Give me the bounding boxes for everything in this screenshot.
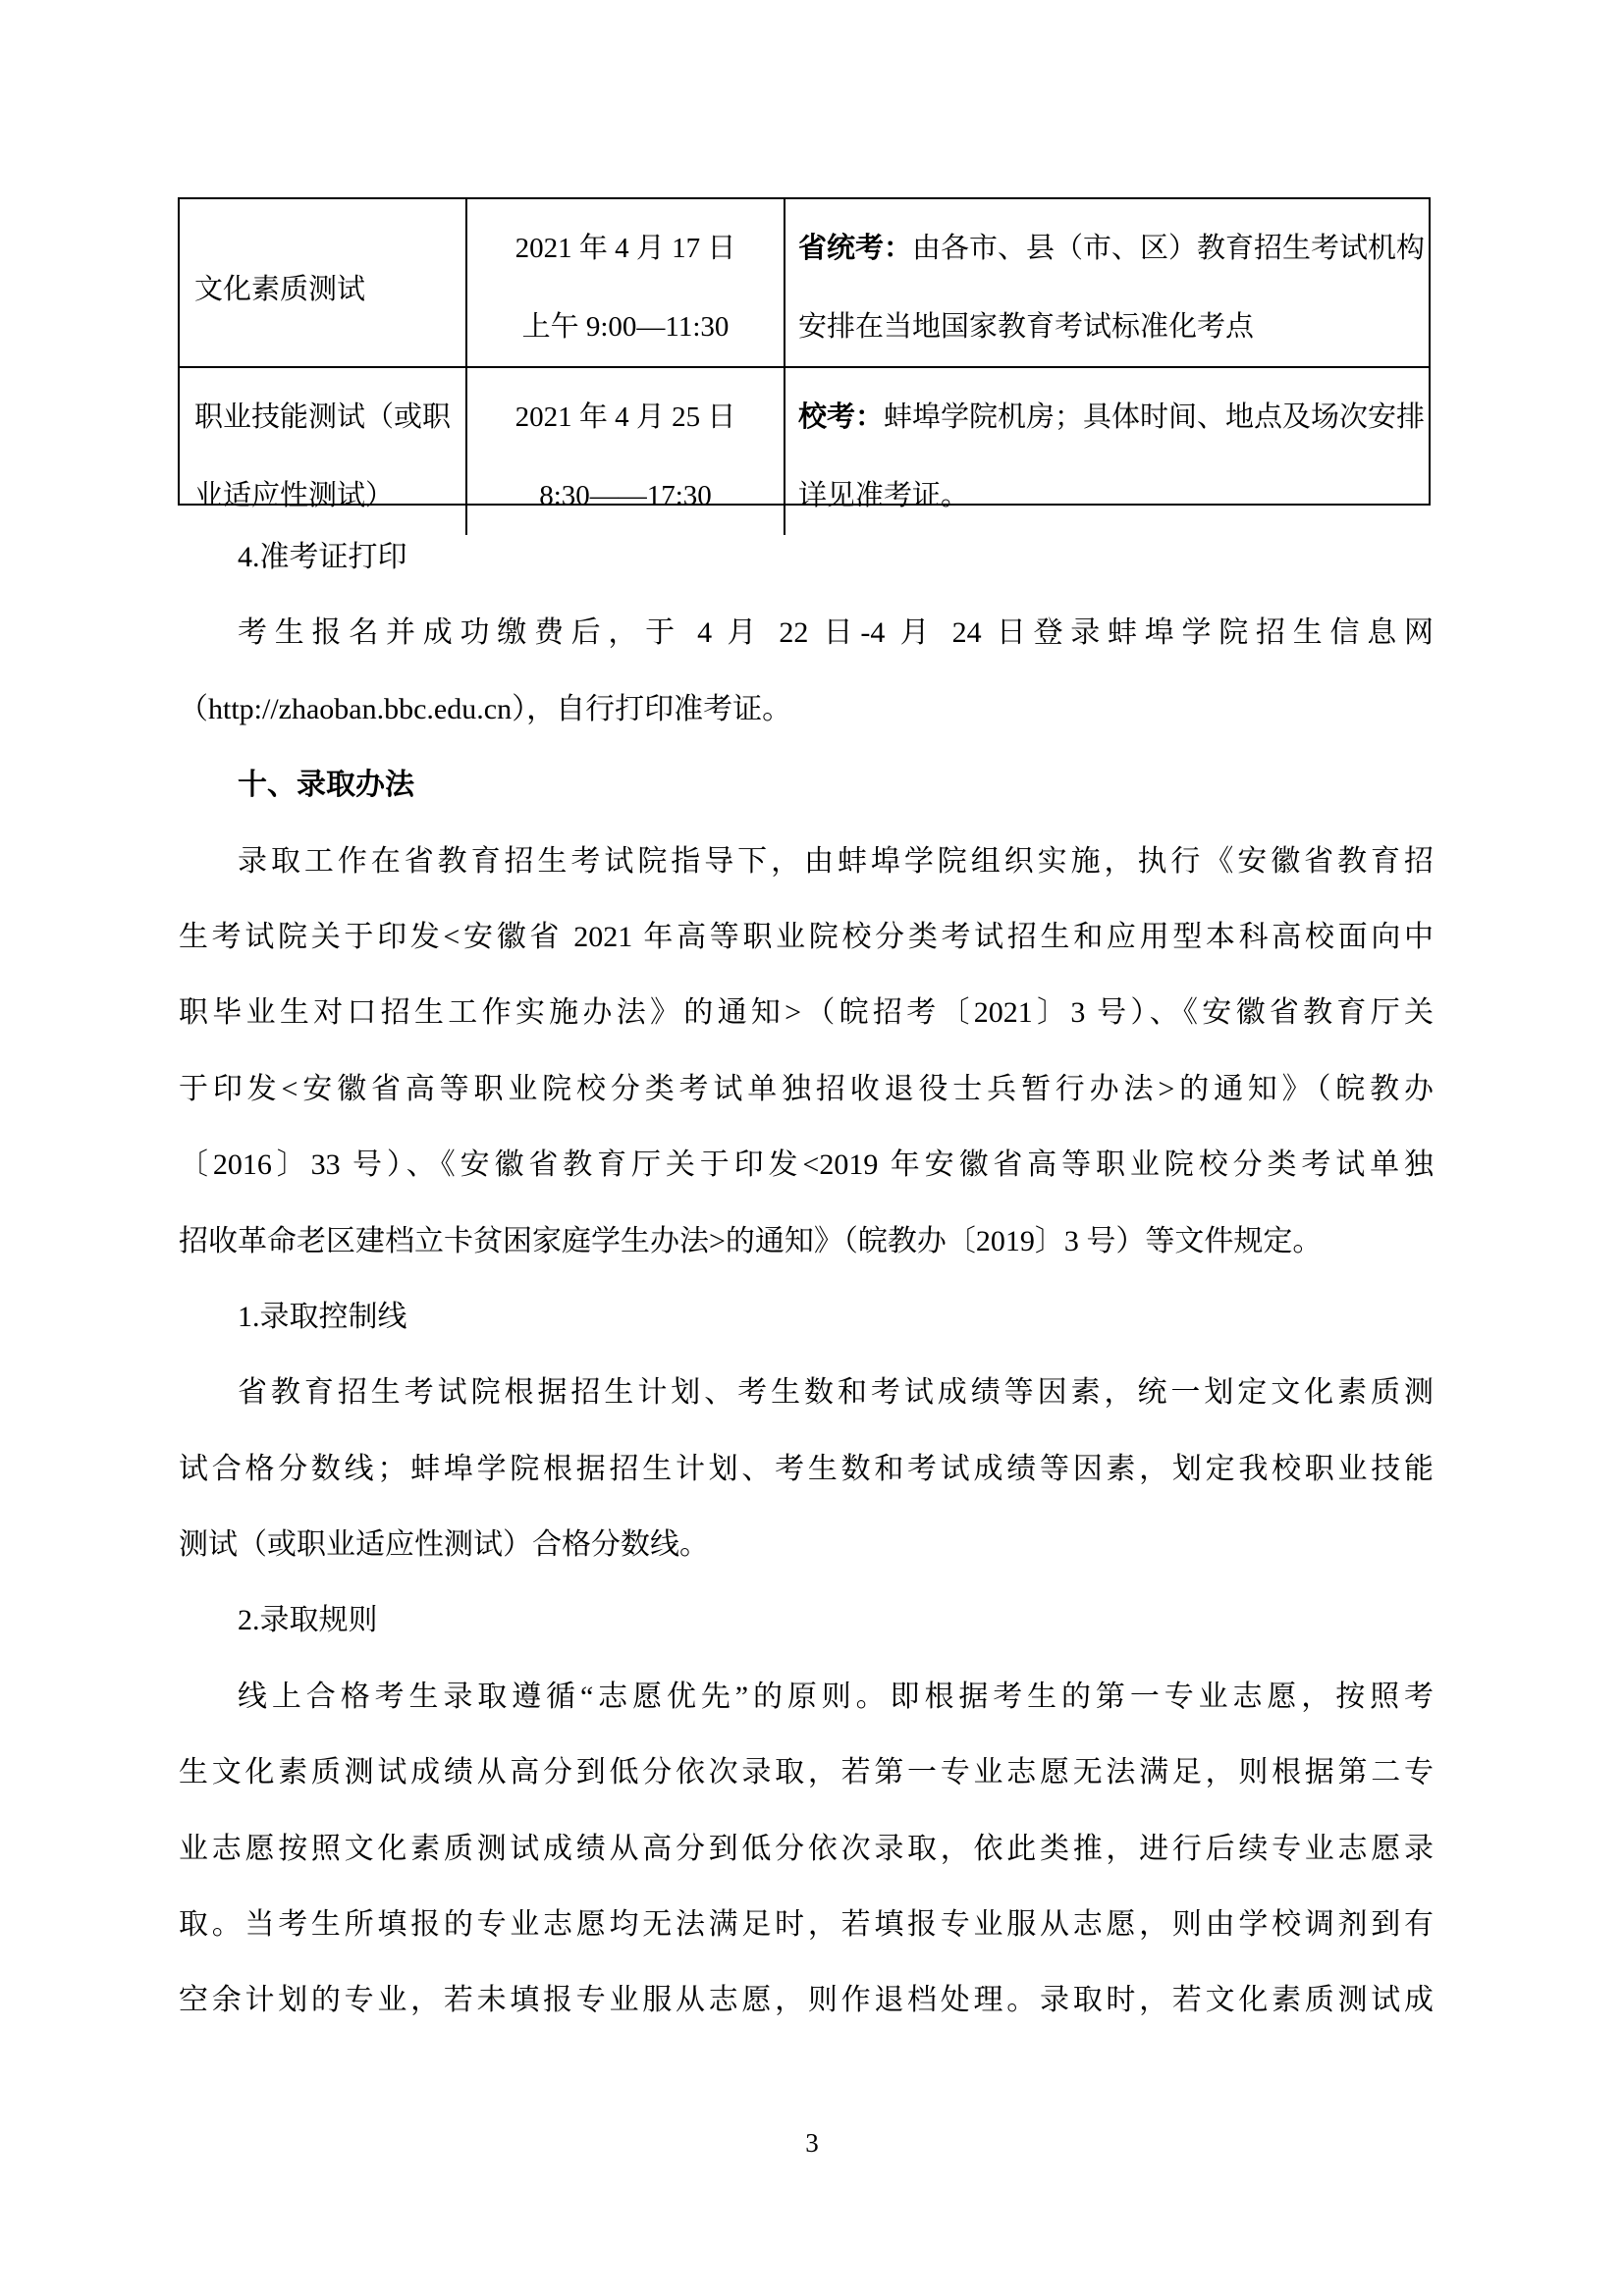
cell-datetime-row1: 2021 年 4 月 17 日 上午 9:00—11:30 bbox=[465, 199, 784, 366]
cell-test-name-row1: 文化素质测试 bbox=[180, 199, 465, 366]
cell-location-row1: 省统考：由各市、县（市、区）教育招生考试机构 安排在当地国家教育考试标准化考点 bbox=[784, 199, 1429, 366]
body-line: 招收革命老区建档立卡贫困家庭学生办法>的通知》（皖教办〔2019〕3 号）等文件… bbox=[179, 1203, 1434, 1279]
body-line: 测试（或职业适应性测试）合格分数线。 bbox=[179, 1507, 1434, 1582]
cell-datetime-row2: 2021 年 4 月 25 日 8:30——17:30 bbox=[465, 366, 784, 535]
sub-heading-admission-rules: 2.录取规则 bbox=[179, 1582, 1434, 1658]
sub-heading-control-line: 1.录取控制线 bbox=[179, 1279, 1434, 1355]
body-line: 职毕业生对口招生工作实施办法》的通知>（皖招考〔2021〕3 号）、《安徽省教育… bbox=[179, 975, 1434, 1050]
location-line: 校考：蚌埠学院机房；具体时间、地点及场次安排 bbox=[798, 378, 1429, 456]
body-line: 生考试院关于印发<安徽省 2021 年高等职业院校分类考试招生和应用型本科高校面… bbox=[179, 899, 1434, 975]
body-line: 线上合格考生录取遵循“志愿优先”的原则。即根据考生的第一专业志愿，按照考 bbox=[179, 1659, 1434, 1735]
body-line: 生文化素质测试成绩从高分到低分依次录取，若第一专业志愿无法满足，则根据第二专 bbox=[179, 1735, 1434, 1810]
body-line: 业志愿按照文化素质测试成绩从高分到低分依次录取，依此类推，进行后续专业志愿录 bbox=[179, 1811, 1434, 1887]
document-page: 文化素质测试 2021 年 4 月 17 日 上午 9:00—11:30 省统考… bbox=[0, 0, 1624, 2296]
location-label: 省统考： bbox=[798, 233, 912, 264]
body-line: （http://zhaoban.bbc.edu.cn），自行打印准考证。 bbox=[179, 671, 1434, 747]
location-line: 安排在当地国家教育考试标准化考点 bbox=[798, 288, 1429, 366]
body-line: 取。当考生所填报的专业志愿均无法满足时，若填报专业服从志愿，则由学校调剂到有 bbox=[179, 1887, 1434, 1962]
location-line: 省统考：由各市、县（市、区）教育招生考试机构 bbox=[798, 209, 1429, 288]
test-name-text: 职业技能测试（或职 bbox=[194, 378, 465, 456]
body-line: 录取工作在省教育招生考试院指导下，由蚌埠学院组织实施，执行《安徽省教育招 bbox=[179, 824, 1434, 899]
exam-date: 2021 年 4 月 25 日 bbox=[467, 378, 784, 456]
body-line: 〔2016〕33 号）、《安徽省教育厅关于印发<2019 年安徽省高等职业院校分… bbox=[179, 1127, 1434, 1202]
sub-heading-admission-ticket: 4.准考证打印 bbox=[179, 519, 1434, 595]
cell-test-name-row2: 职业技能测试（或职 业适应性测试） bbox=[180, 366, 465, 535]
body-line: 考生报名并成功缴费后，于 4 月 22 日-4 月 24 日登录蚌埠学院招生信息… bbox=[179, 595, 1434, 670]
location-label: 校考： bbox=[798, 401, 884, 433]
test-name-text: 文化素质测试 bbox=[194, 250, 465, 329]
location-text: 蚌埠学院机房；具体时间、地点及场次安排 bbox=[884, 401, 1425, 433]
section-heading-admission-method: 十、录取办法 bbox=[179, 747, 1434, 823]
exam-schedule-table: 文化素质测试 2021 年 4 月 17 日 上午 9:00—11:30 省统考… bbox=[178, 197, 1431, 506]
body-line: 空余计划的专业，若未填报专业服从志愿，则作退档处理。录取时，若文化素质测试成 bbox=[179, 1962, 1434, 2038]
cell-location-row2: 校考：蚌埠学院机房；具体时间、地点及场次安排 详见准考证。 bbox=[784, 366, 1429, 535]
page-number: 3 bbox=[0, 2123, 1624, 2163]
body-text: 4.准考证打印 考生报名并成功缴费后，于 4 月 22 日-4 月 24 日登录… bbox=[179, 519, 1434, 2039]
exam-date: 2021 年 4 月 17 日 bbox=[467, 209, 784, 288]
body-line: 省教育招生考试院根据招生计划、考生数和考试成绩等因素，统一划定文化素质测 bbox=[179, 1355, 1434, 1430]
location-text: 由各市、县（市、区）教育招生考试机构 bbox=[912, 233, 1425, 264]
exam-time: 上午 9:00—11:30 bbox=[467, 288, 784, 366]
body-line: 于印发<安徽省高等职业院校分类考试单独招收退役士兵暂行办法>的通知》（皖教办 bbox=[179, 1051, 1434, 1127]
body-line: 试合格分数线；蚌埠学院根据招生计划、考生数和考试成绩等因素，划定我校职业技能 bbox=[179, 1431, 1434, 1507]
